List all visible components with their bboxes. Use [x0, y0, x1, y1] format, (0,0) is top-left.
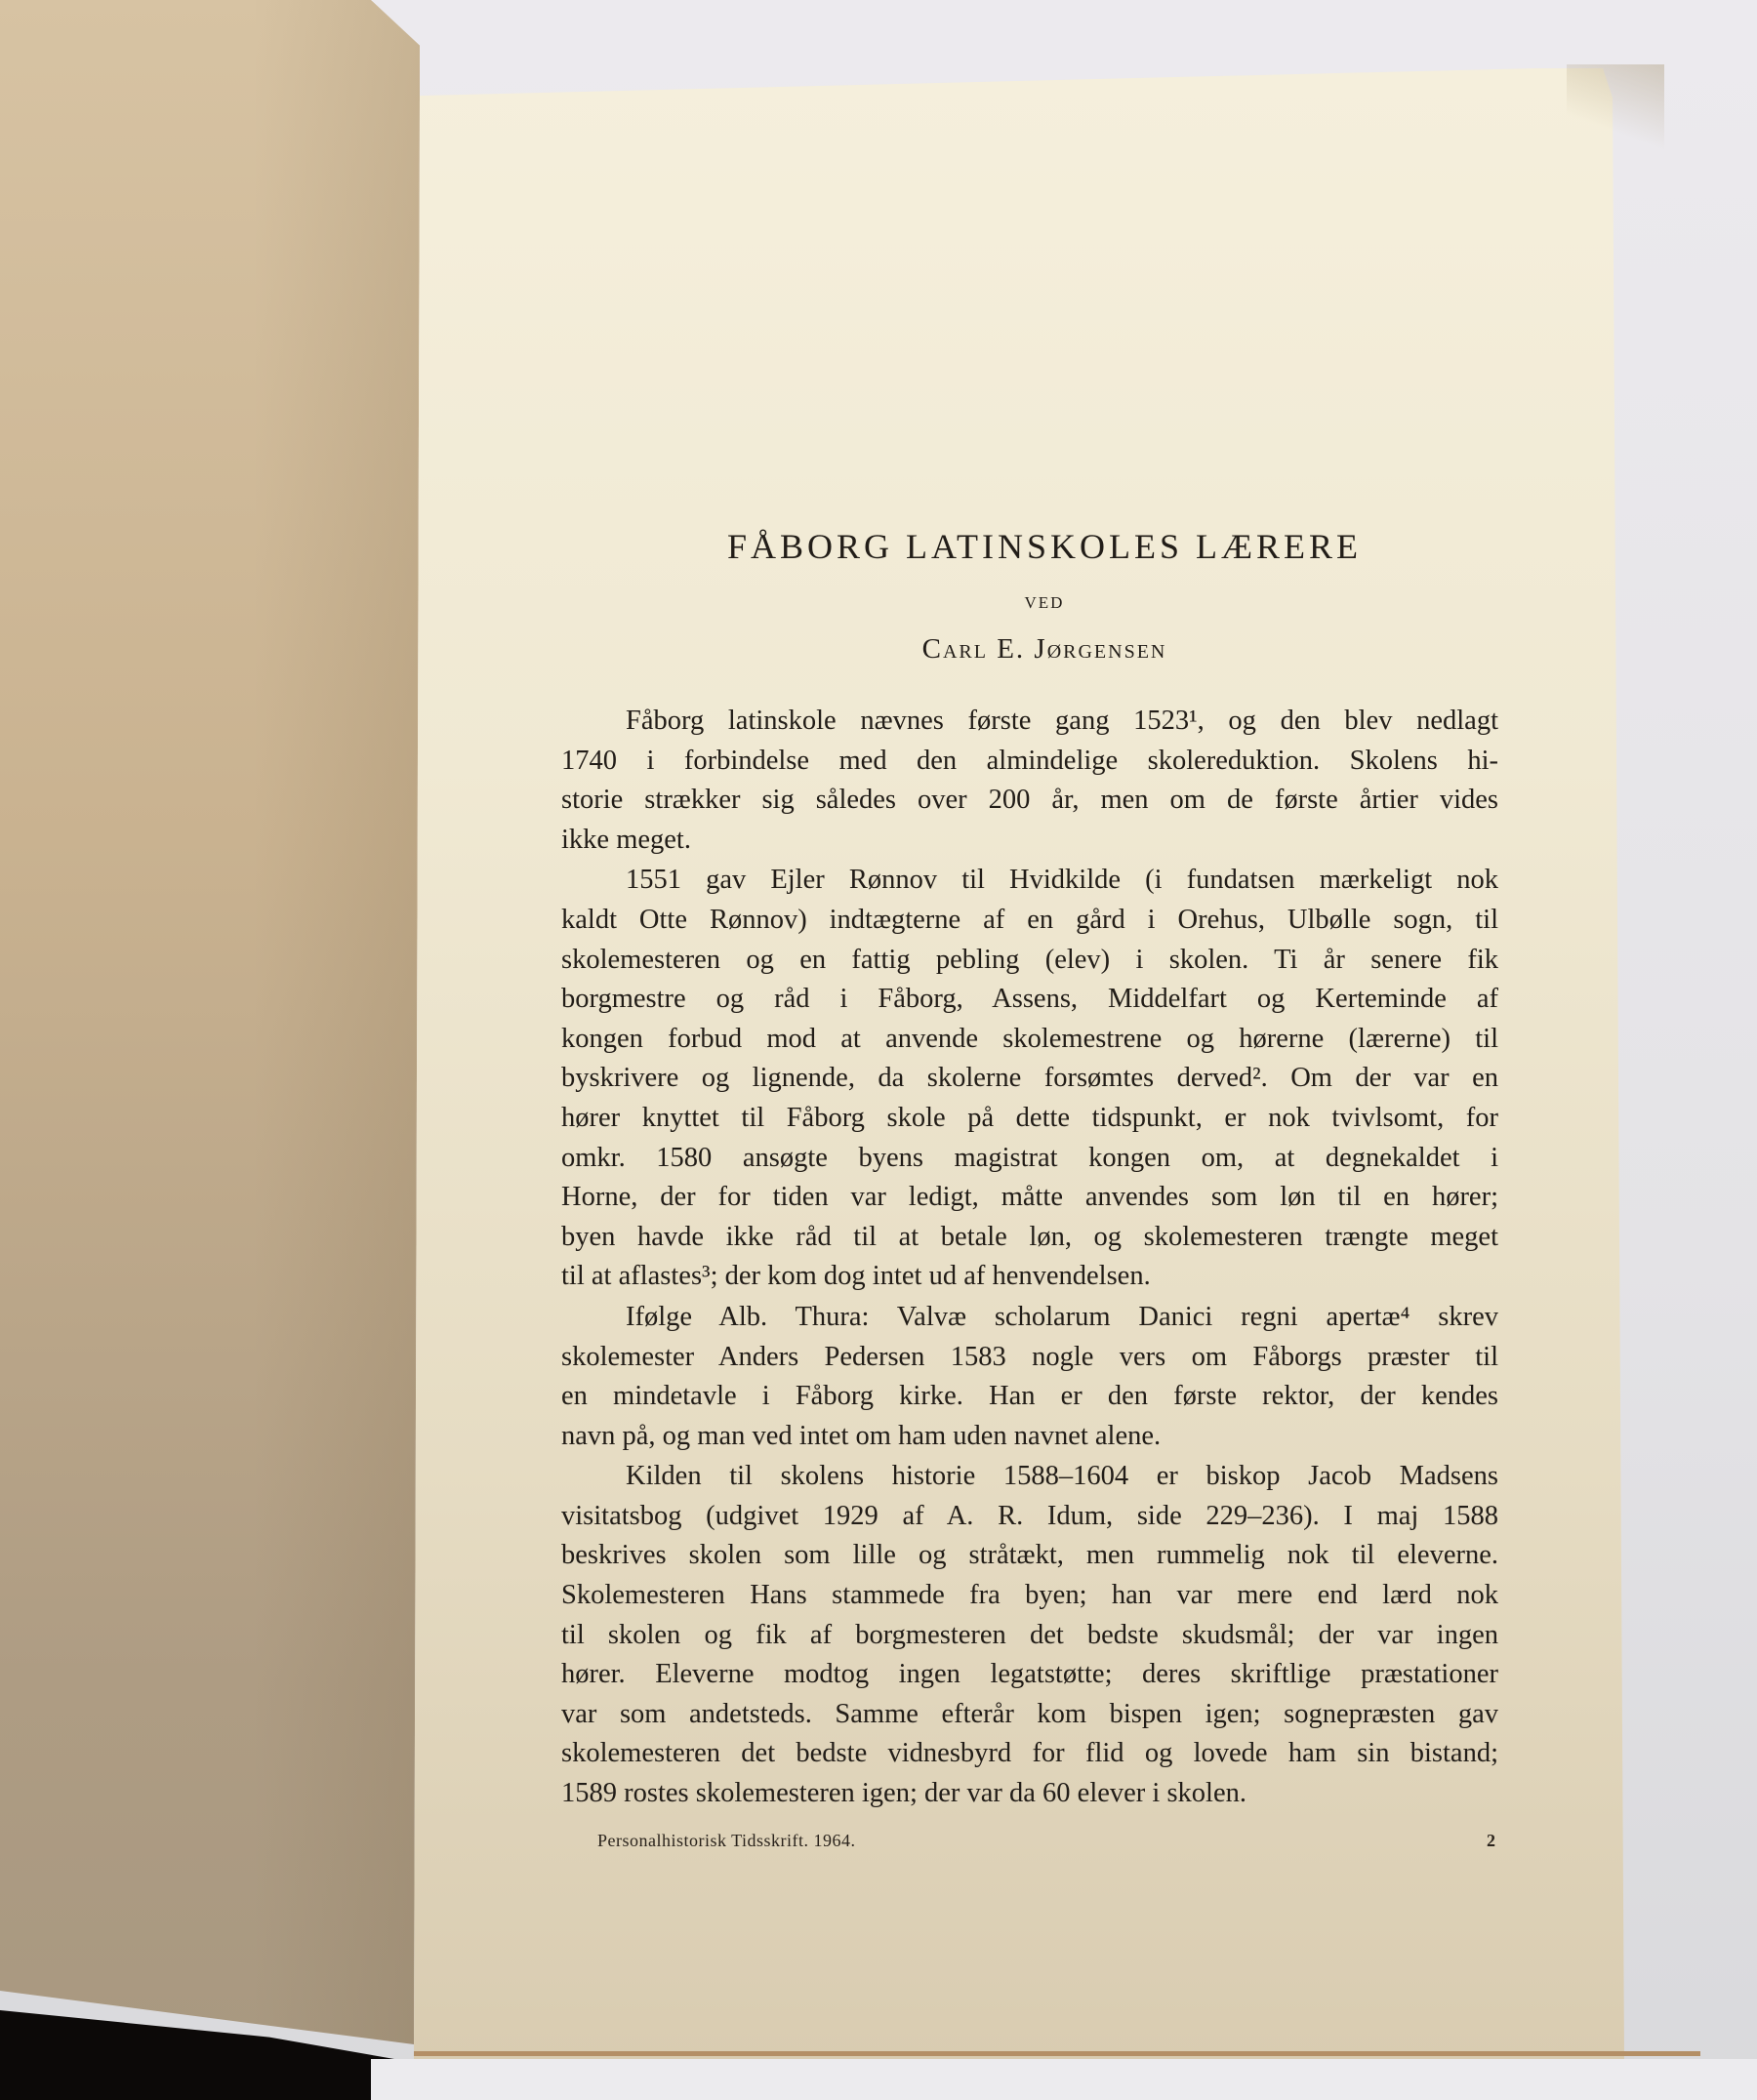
text-line: Skolemesteren Hans stammede fra byen; ha…: [561, 1576, 1498, 1616]
author-name: Carl E. Jørgensen: [591, 629, 1498, 668]
paragraph-3: Ifølge Alb. Thura: Valvæ scholarum Danic…: [561, 1298, 1498, 1456]
text-line: skolemester Anders Pedersen 1583 nogle v…: [561, 1338, 1498, 1378]
article-title: FÅBORG LATINSKOLES LÆRERE: [591, 522, 1498, 571]
text-line: var som andetsteds. Samme efterår kom bi…: [561, 1695, 1498, 1735]
text-line: navn på, og man ved intet om ham uden na…: [561, 1417, 1498, 1457]
bottom-backdrop: [371, 2059, 1757, 2100]
text-line: hører. Eleverne modtog ingen legatstøtte…: [561, 1655, 1498, 1695]
text-line: visitatsbog (udgivet 1929 af A. R. Idum,…: [561, 1497, 1498, 1537]
text-line: Kilden til skolens historie 1588–1604 er…: [561, 1457, 1498, 1497]
paragraph-2: 1551 gav Ejler Rønnov til Hvidkilde (i f…: [561, 861, 1498, 1297]
text-line: til at aflastes³; der kom dog intet ud a…: [561, 1257, 1498, 1297]
text-line: borgmestre og råd i Fåborg, Assens, Midd…: [561, 980, 1498, 1020]
page-footer: Personalhistorisk Tidsskrift. 1964. 2: [597, 1831, 1495, 1851]
text-line: en mindetavle i Fåborg kirke. Han er den…: [561, 1377, 1498, 1417]
paragraph-4: Kilden til skolens historie 1588–1604 er…: [561, 1457, 1498, 1813]
page-corner-fold: [1567, 64, 1664, 152]
text-line: kongen forbud mod at anvende skolemestre…: [561, 1020, 1498, 1060]
paragraph-1: Fåborg latinskole nævnes første gang 152…: [561, 702, 1498, 860]
left-page-shading: [0, 0, 420, 2100]
text-line: byskrivere og lignende, da skolerne fors…: [561, 1059, 1498, 1099]
text-line: kaldt Otte Rønnov) indtægterne af en går…: [561, 901, 1498, 941]
text-line: hører knyttet til Fåborg skole på dette …: [561, 1099, 1498, 1139]
text-line: beskrives skolen som lille og stråtækt, …: [561, 1536, 1498, 1576]
text-line: byen havde ikke råd til at betale løn, o…: [561, 1218, 1498, 1258]
text-line: Ifølge Alb. Thura: Valvæ scholarum Danic…: [561, 1298, 1498, 1338]
text-line: Fåborg latinskole nævnes første gang 152…: [561, 702, 1498, 742]
text-line: til skolen og fik af borgmesteren det be…: [561, 1616, 1498, 1656]
text-line: skolemesteren og en fattig pebling (elev…: [561, 941, 1498, 981]
byline-prefix: VED: [591, 588, 1498, 618]
text-line: skolemesteren det bedste vidnesbyrd for …: [561, 1734, 1498, 1774]
journal-citation: Personalhistorisk Tidsskrift. 1964.: [597, 1831, 856, 1851]
article-body: Fåborg latinskole nævnes første gang 152…: [561, 702, 1498, 1814]
text-line: omkr. 1580 ansøgte byens magistrat konge…: [561, 1139, 1498, 1179]
text-line: storie strækker sig således over 200 år,…: [561, 781, 1498, 821]
text-line: Horne, der for tiden var ledigt, måtte a…: [561, 1178, 1498, 1218]
signature-mark: 2: [1487, 1831, 1495, 1851]
text-line: 1589 rostes skolemesteren igen; der var …: [561, 1774, 1498, 1814]
article: FÅBORG LATINSKOLES LÆRERE VED Carl E. Jø…: [561, 522, 1498, 1815]
page-bottom-edge: [414, 2051, 1700, 2056]
text-line: ikke meget.: [561, 821, 1498, 861]
text-line: 1551 gav Ejler Rønnov til Hvidkilde (i f…: [561, 861, 1498, 901]
text-line: 1740 i forbindelse med den almindelige s…: [561, 742, 1498, 782]
